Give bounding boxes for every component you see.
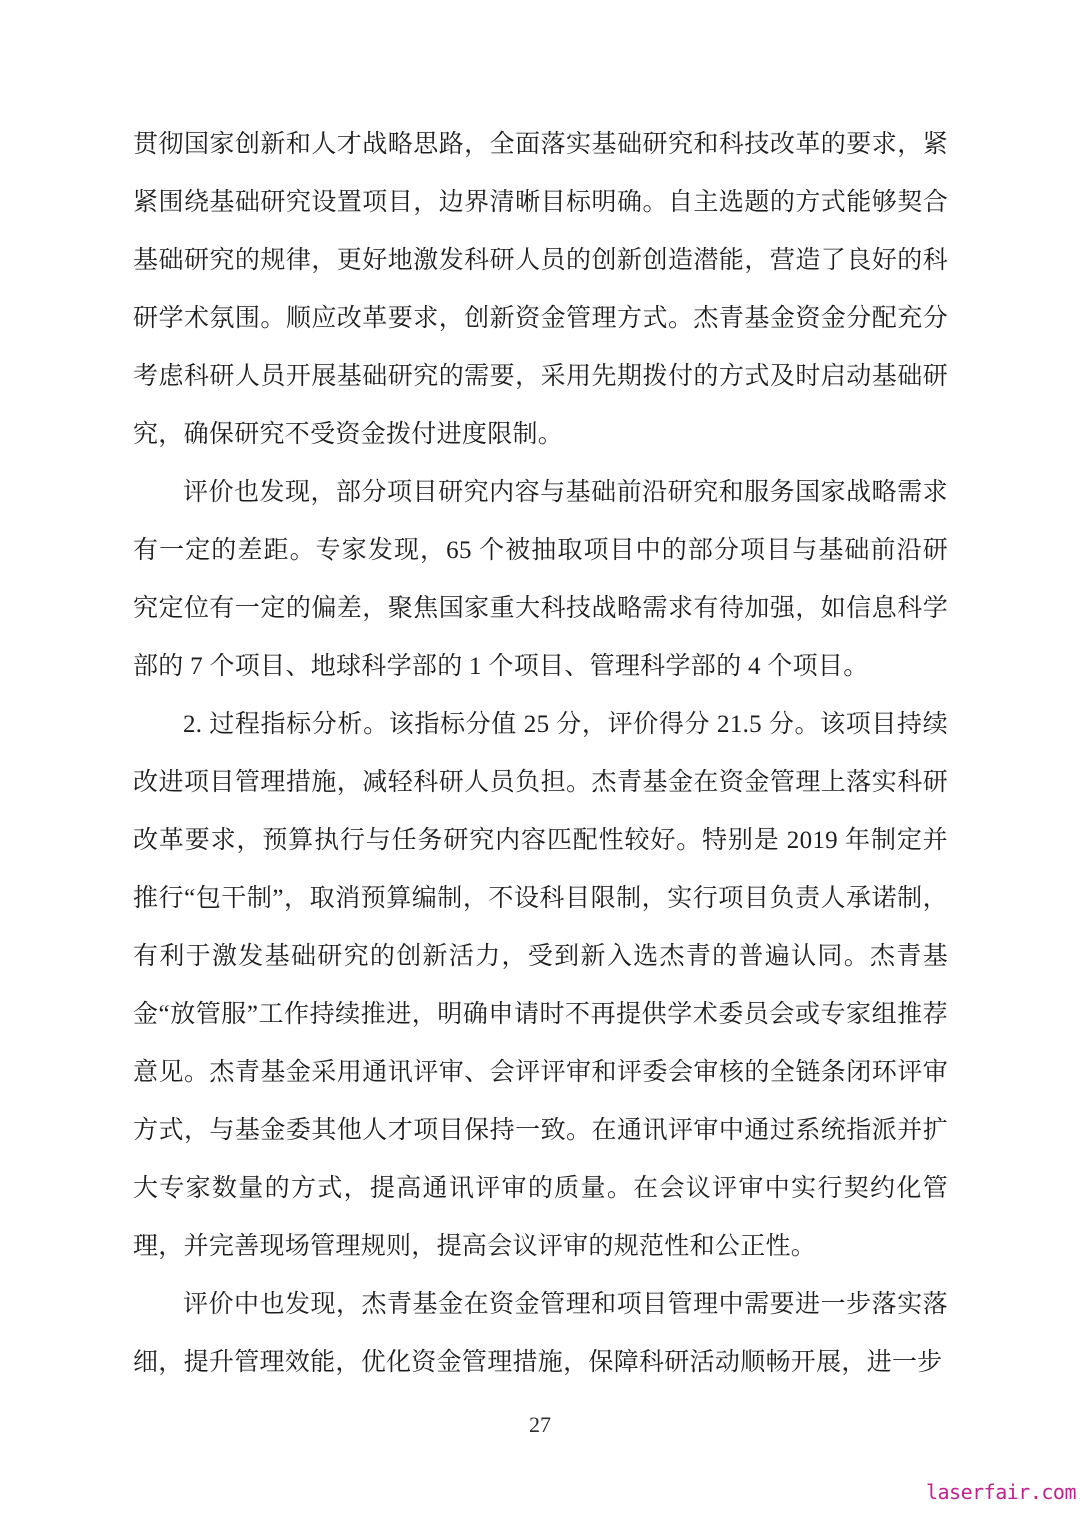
paragraph-evaluation-findings: 评价也发现，部分项目研究内容与基础前沿研究和服务国家战略需求有一定的差距。专家发…	[133, 464, 948, 696]
watermark-laserfair: laserfair.com	[926, 1480, 1076, 1504]
paragraph-management-improvement: 评价中也发现，杰青基金在资金管理和项目管理中需要进一步落实落细，提升管理效能，优…	[133, 1276, 948, 1392]
page-number: 27	[0, 1412, 1080, 1438]
document-body: 贯彻国家创新和人才战略思路，全面落实基础研究和科技改革的要求，紧紧围绕基础研究设…	[133, 116, 948, 1392]
paragraph-funding-reform: 贯彻国家创新和人才战略思路，全面落实基础研究和科技改革的要求，紧紧围绕基础研究设…	[133, 116, 948, 464]
document-page: 贯彻国家创新和人才战略思路，全面落实基础研究和科技改革的要求，紧紧围绕基础研究设…	[0, 0, 1080, 1528]
paragraph-process-indicator-analysis: 2. 过程指标分析。该指标分值 25 分，评价得分 21.5 分。该项目持续改进…	[133, 696, 948, 1276]
